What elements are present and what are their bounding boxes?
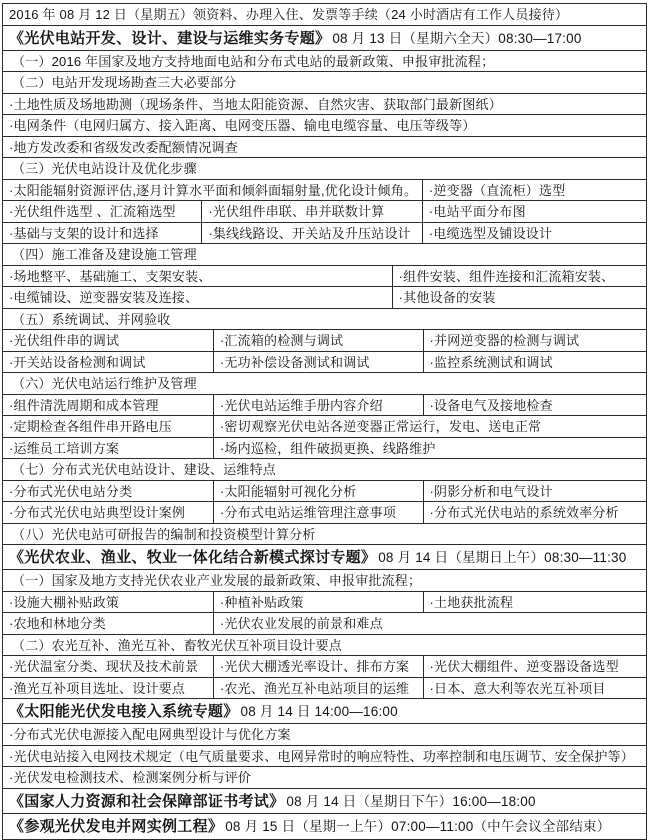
session-title: 《光伏电站开发、设计、建设与运维实务专题》 bbox=[9, 30, 330, 47]
table-cell: ·电网条件（电网归属方、接入距离、电网变压器、输电电缆容量、电压等级等） bbox=[3, 115, 646, 136]
table-cell: ·太阳能辐射可视化分析 bbox=[214, 481, 424, 502]
table-cell: 《参观光伏发电并网实例工程》08 月 15 日（星期一上午）07:00—11:0… bbox=[3, 814, 646, 839]
table-cell: 《国家人力资源和社会保障部证书考试》08 月 14 日（星期日下午）16:00—… bbox=[3, 789, 646, 813]
table-cell: ·地方发改委和省级发改委配额情况调查 bbox=[3, 137, 646, 158]
table-row: ·开关站设备检测和调试·无功补偿设备测试和调试·监控系统测试和调试 bbox=[3, 352, 646, 374]
table-row: ·光伏组件串的调试·汇流箱的检测与调试·并网逆变器的检测与调试 bbox=[3, 330, 646, 352]
table-row: ·光伏温室分类、现状及技术前景·光伏大棚透光率设计、排布方案·光伏大棚组件、逆变… bbox=[3, 656, 646, 678]
table-cell: ·分布式光伏电源接入配电网典型设计与优化方案 bbox=[3, 724, 646, 745]
table-row: ·光伏发电检测技术、检测案例分析与评价 bbox=[3, 767, 646, 789]
table-cell: ·无功补偿设备测试和调试 bbox=[214, 352, 424, 373]
table-cell: ·光伏发电检测技术、检测案例分析与评价 bbox=[3, 767, 646, 788]
table-cell: ·逆变器（直流柜）选型 bbox=[423, 180, 646, 201]
table-cell: ·光伏组件串的调试 bbox=[3, 330, 214, 351]
table-row: 《参观光伏发电并网实例工程》08 月 15 日（星期一上午）07:00—11:0… bbox=[3, 814, 646, 839]
table-cell: ·光伏组件选型 、汇流箱选型 bbox=[3, 201, 202, 222]
table-cell: ·运维员工培训方案 bbox=[3, 438, 214, 459]
table-row: ·设施大棚补贴政策·种植补贴政策·土地获批流程 bbox=[3, 592, 646, 614]
table-cell: （七）分布式光伏电站设计、建设、运维特点 bbox=[3, 459, 646, 480]
table-cell: ·场内巡检，组件破损更换、线路维护 bbox=[214, 438, 646, 459]
table-row: （一）国家及地方支持光伏农业产业发展的最新政策、申报审批流程； bbox=[3, 570, 646, 592]
table-row: （二）农光互补、渔光互补、畜牧光伏互补项目设计要点 bbox=[3, 635, 646, 657]
table-row: ·太阳能辐射资源评估,逐月计算水平面和倾斜面辐射量,优化设计倾角。·逆变器（直流… bbox=[3, 180, 646, 202]
session-title: 《太阳能光伏发电接入系统专题》 bbox=[9, 703, 239, 720]
table-row: ·电缆铺设、逆变器安装及连接、·其他设备的安装 bbox=[3, 287, 646, 309]
table-row: ·基础与支架的设计和选择·集线线路设、开关站及升压站设计·电缆选型及铺设设计 bbox=[3, 223, 646, 245]
table-cell: ·农地和林地分类 bbox=[3, 613, 214, 634]
table-row: ·电网条件（电网归属方、接入距离、电网变压器、输电电缆容量、电压等级等） bbox=[3, 115, 646, 137]
session-datetime: 08 月 14 日（星期日上午）08:30—11:30 bbox=[378, 550, 626, 565]
table-cell: ·设施大棚补贴政策 bbox=[3, 592, 214, 613]
table-row: （八）光伏电站可研报告的编制和投资模型计算分析 bbox=[3, 524, 646, 546]
table-row: ·光伏组件选型 、汇流箱选型·光伏组件串联、串并联数计算·电站平面分布图 bbox=[3, 201, 646, 223]
table-row: （四）施工准备及建设施工管理 bbox=[3, 244, 646, 266]
table-cell: ·基础与支架的设计和选择 bbox=[3, 223, 202, 244]
table-cell: ·土地获批流程 bbox=[424, 592, 646, 613]
table-cell: ·其他设备的安装 bbox=[393, 287, 646, 308]
table-cell: （八）光伏电站可研报告的编制和投资模型计算分析 bbox=[3, 524, 646, 545]
table-cell: （六）光伏电站运行维护及管理 bbox=[3, 373, 646, 394]
table-cell: ·设备电气及接地检查 bbox=[424, 395, 646, 416]
table-cell: ·阴影分析和电气设计 bbox=[424, 481, 646, 502]
document-page: 2016 年 08 月 12 日（星期五）领资料、办理入住、发票等手续（24 小… bbox=[0, 0, 650, 840]
session-title: 《光伏农业、渔业、牧业一体化结合新模式探讨专题》 bbox=[9, 549, 376, 566]
table-cell: 《光伏电站开发、设计、建设与运维实务专题》08 月 13 日（星期六全天）08:… bbox=[3, 26, 646, 50]
table-cell: ·监控系统测试和调试 bbox=[424, 352, 646, 373]
table-cell: （二）农光互补、渔光互补、畜牧光伏互补项目设计要点 bbox=[3, 635, 646, 656]
table-row: ·定期检查各组件串开路电压·密切观察光伏电站各逆变器正常运行，发电、送电正常 bbox=[3, 416, 646, 438]
table-cell: ·密切观察光伏电站各逆变器正常运行，发电、送电正常 bbox=[214, 416, 646, 437]
table-cell: （五）系统调试、并网验收 bbox=[3, 309, 646, 330]
table-cell: ·太阳能辐射资源评估,逐月计算水平面和倾斜面辐射量,优化设计倾角。 bbox=[3, 180, 423, 201]
table-cell: ·农光、渔光互补电站项目的运维 bbox=[214, 678, 424, 699]
table-row: （一）2016 年国家及地方支持地面电站和分布式电站的最新政策、申报审批流程； bbox=[3, 51, 646, 73]
table-cell: ·光伏农业发展的前景和难点 bbox=[214, 613, 646, 634]
table-row: ·渔光互补项目选址、设计要点·农光、渔光互补电站项目的运维·日本、意大利等农光互… bbox=[3, 678, 646, 700]
table-cell: 2016 年 08 月 12 日（星期五）领资料、办理入住、发票等手续（24 小… bbox=[3, 4, 646, 25]
table-row: （三）光伏电站设计及优化步骤 bbox=[3, 158, 646, 180]
table-row: ·场地整平、基础施工、支架安装、·组件安装、组件连接和汇流箱安装、 bbox=[3, 266, 646, 288]
table-row: ·组件清洗周期和成本管理·光伏电站运维手册内容介绍·设备电气及接地检查 bbox=[3, 395, 646, 417]
table-row: ·地方发改委和省级发改委配额情况调查 bbox=[3, 137, 646, 159]
table-row: （二）电站开发现场勘查三大必要部分 bbox=[3, 72, 646, 94]
session-title: 《国家人力资源和社会保障部证书考试》 bbox=[9, 793, 284, 810]
session-datetime: 08 月 14 日（星期日下午）16:00—18:00 bbox=[286, 794, 535, 809]
table-cell: ·并网逆变器的检测与调试 bbox=[424, 330, 646, 351]
table-cell: ·组件清洗周期和成本管理 bbox=[3, 395, 214, 416]
table-row: ·分布式光伏电源接入配电网典型设计与优化方案 bbox=[3, 724, 646, 746]
table-cell: ·渔光互补项目选址、设计要点 bbox=[3, 678, 214, 699]
session-title: 《参观光伏发电并网实例工程》 bbox=[9, 818, 223, 835]
table-cell: 《太阳能光伏发电接入系统专题》08 月 14 日 14:00—16:00 bbox=[3, 699, 646, 723]
table-cell: ·分布式光伏电站典型设计案例 bbox=[3, 502, 214, 523]
table-row: ·农地和林地分类·光伏农业发展的前景和难点 bbox=[3, 613, 646, 635]
table-cell: ·电缆铺设、逆变器安装及连接、 bbox=[3, 287, 393, 308]
table-row: （五）系统调试、并网验收 bbox=[3, 309, 646, 331]
table-row: ·光伏电站接入电网技术规定（电气质量要求、电网异常时的响应特性、功率控制和电压调… bbox=[3, 746, 646, 768]
table-cell: ·场地整平、基础施工、支架安装、 bbox=[3, 266, 393, 287]
table-cell: ·分布式电站运维管理注意事项 bbox=[214, 502, 424, 523]
table-row: 《太阳能光伏发电接入系统专题》08 月 14 日 14:00—16:00 bbox=[3, 699, 646, 724]
table-cell: ·分布式光伏电站分类 bbox=[3, 481, 214, 502]
table-cell: ·种植补贴政策 bbox=[214, 592, 424, 613]
table-cell: （一）国家及地方支持光伏农业产业发展的最新政策、申报审批流程； bbox=[3, 570, 646, 591]
table-row: 《国家人力资源和社会保障部证书考试》08 月 14 日（星期日下午）16:00—… bbox=[3, 789, 646, 814]
table-cell: ·定期检查各组件串开路电压 bbox=[3, 416, 214, 437]
table-cell: （二）电站开发现场勘查三大必要部分 bbox=[3, 72, 646, 93]
table-row: （七）分布式光伏电站设计、建设、运维特点 bbox=[3, 459, 646, 481]
table-row: ·分布式光伏电站典型设计案例·分布式电站运维管理注意事项·分布式光伏电站的系统效… bbox=[3, 502, 646, 524]
table-cell: ·光伏大棚组件、逆变器设备选型 bbox=[424, 656, 646, 677]
table-cell: ·光伏大棚透光率设计、排布方案 bbox=[214, 656, 424, 677]
session-datetime: 08 月 14 日 14:00—16:00 bbox=[241, 704, 398, 719]
table-row: ·土地性质及场地勘测（现场条件、当地太阳能资源、自然灾害、获取部门最新图纸） bbox=[3, 94, 646, 116]
table-cell: ·电站平面分布图 bbox=[423, 201, 646, 222]
table-cell: （三）光伏电站设计及优化步骤 bbox=[3, 158, 646, 179]
table-row: ·分布式光伏电站分类·太阳能辐射可视化分析·阴影分析和电气设计 bbox=[3, 481, 646, 503]
table-cell: ·土地性质及场地勘测（现场条件、当地太阳能资源、自然灾害、获取部门最新图纸） bbox=[3, 94, 646, 115]
table-row: 2016 年 08 月 12 日（星期五）领资料、办理入住、发票等手续（24 小… bbox=[3, 4, 646, 26]
table-cell: ·分布式光伏电站的系统效率分析 bbox=[424, 502, 646, 523]
table-row: ·运维员工培训方案·场内巡检，组件破损更换、线路维护 bbox=[3, 438, 646, 460]
table-cell: （四）施工准备及建设施工管理 bbox=[3, 244, 646, 265]
table-cell: （一）2016 年国家及地方支持地面电站和分布式电站的最新政策、申报审批流程； bbox=[3, 51, 646, 72]
table-cell: ·电缆选型及铺设设计 bbox=[423, 223, 646, 244]
table-cell: ·光伏组件串联、串并联数计算 bbox=[202, 201, 423, 222]
table-cell: ·组件安装、组件连接和汇流箱安装、 bbox=[393, 266, 646, 287]
table-cell: ·集线线路设、开关站及升压站设计 bbox=[202, 223, 423, 244]
table-cell: ·光伏电站运维手册内容介绍 bbox=[214, 395, 424, 416]
table-cell: ·光伏电站接入电网技术规定（电气质量要求、电网异常时的响应特性、功率控制和电压调… bbox=[3, 746, 646, 767]
table-row: 《光伏农业、渔业、牧业一体化结合新模式探讨专题》08 月 14 日（星期日上午）… bbox=[3, 545, 646, 570]
table-cell: ·日本、意大利等农光互补项目 bbox=[424, 678, 646, 699]
table-row: （六）光伏电站运行维护及管理 bbox=[3, 373, 646, 395]
session-datetime: 08 月 15 日（星期一上午）07:00—11:00（中午会议全部结束） bbox=[225, 819, 610, 834]
table-cell: 《光伏农业、渔业、牧业一体化结合新模式探讨专题》08 月 14 日（星期日上午）… bbox=[3, 545, 646, 569]
table-cell: ·开关站设备检测和调试 bbox=[3, 352, 214, 373]
table-cell: ·光伏温室分类、现状及技术前景 bbox=[3, 656, 214, 677]
schedule-table: 2016 年 08 月 12 日（星期五）领资料、办理入住、发票等手续（24 小… bbox=[2, 3, 647, 840]
table-row: 《光伏电站开发、设计、建设与运维实务专题》08 月 13 日（星期六全天）08:… bbox=[3, 26, 646, 51]
session-datetime: 08 月 13 日（星期六全天）08:30—17:00 bbox=[332, 31, 581, 46]
table-cell: ·汇流箱的检测与调试 bbox=[214, 330, 424, 351]
